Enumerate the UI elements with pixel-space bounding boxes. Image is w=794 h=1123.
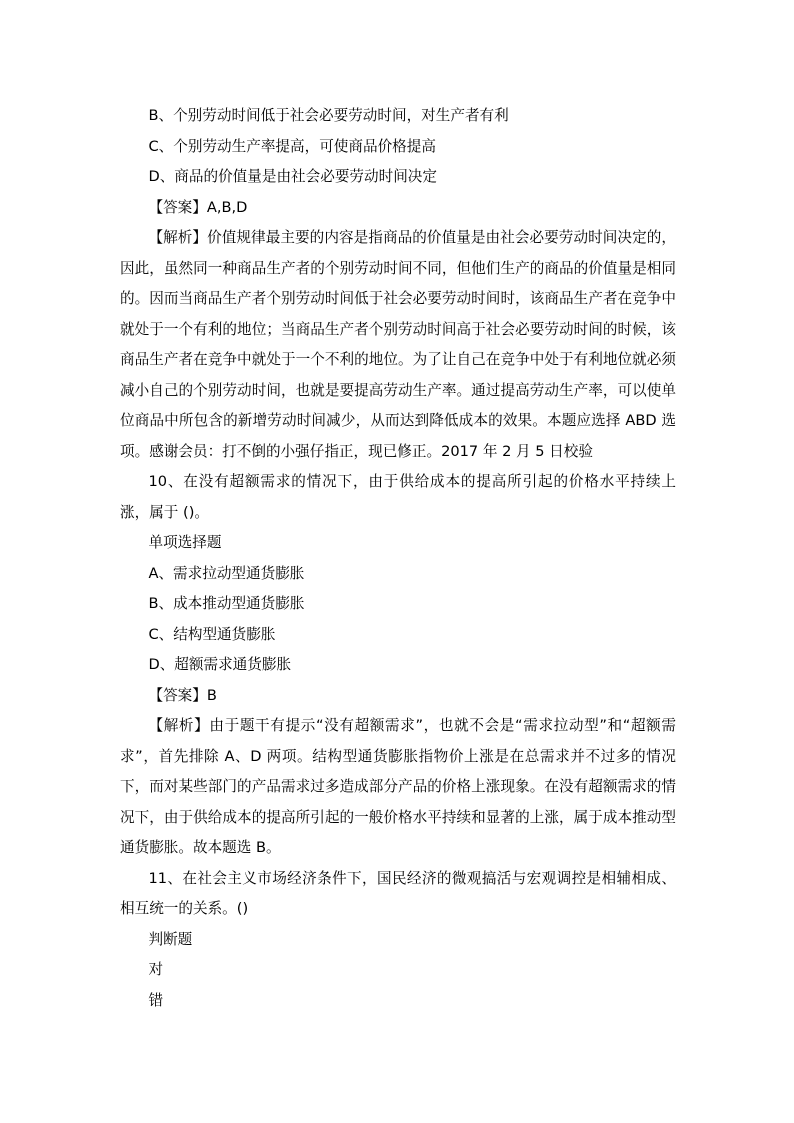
q10-option-c: C、结构型通货膨胀 xyxy=(120,620,676,651)
q11-stem: 11、在社会主义市场经济条件下，国民经济的微观搞活与宏观调控是相辅相成、相互统一… xyxy=(120,864,676,925)
q9-answer-line: 【答案】A,B,D xyxy=(120,193,676,224)
q10-option-a: A、需求拉动型通货膨胀 xyxy=(120,559,676,590)
q9-option-d: D、商品的价值量是由社会必要劳动时间决定 xyxy=(120,162,676,193)
q10-type-label: 单项选择题 xyxy=(120,528,676,559)
q10-option-b: B、成本推动型通货膨胀 xyxy=(120,589,676,620)
document-page: B、个别劳动时间低于社会必要劳动时间，对生产者有利 C、个别劳动生产率提高，可使… xyxy=(0,0,794,1123)
q11-type-label: 判断题 xyxy=(120,925,676,956)
q9-option-c: C、个别劳动生产率提高，可使商品价格提高 xyxy=(120,132,676,163)
q11-option-true: 对 xyxy=(120,955,676,986)
q10-answer-line: 【答案】B xyxy=(120,681,676,712)
q11-option-false: 错 xyxy=(120,986,676,1017)
q10-analysis-paragraph: 【解析】由于题干有提示“没有超额需求”，也就不会是“需求拉动型”和“超额需求”，… xyxy=(120,711,676,864)
q10-option-d: D、超额需求通货膨胀 xyxy=(120,650,676,681)
q9-analysis-paragraph: 【解析】价值规律最主要的内容是指商品的价值量是由社会必要劳动时间决定的，因此，虽… xyxy=(120,223,676,467)
q9-option-b: B、个别劳动时间低于社会必要劳动时间，对生产者有利 xyxy=(120,101,676,132)
q10-stem: 10、在没有超额需求的情况下，由于供给成本的提高所引起的价格水平持续上涨，属于 … xyxy=(120,467,676,528)
